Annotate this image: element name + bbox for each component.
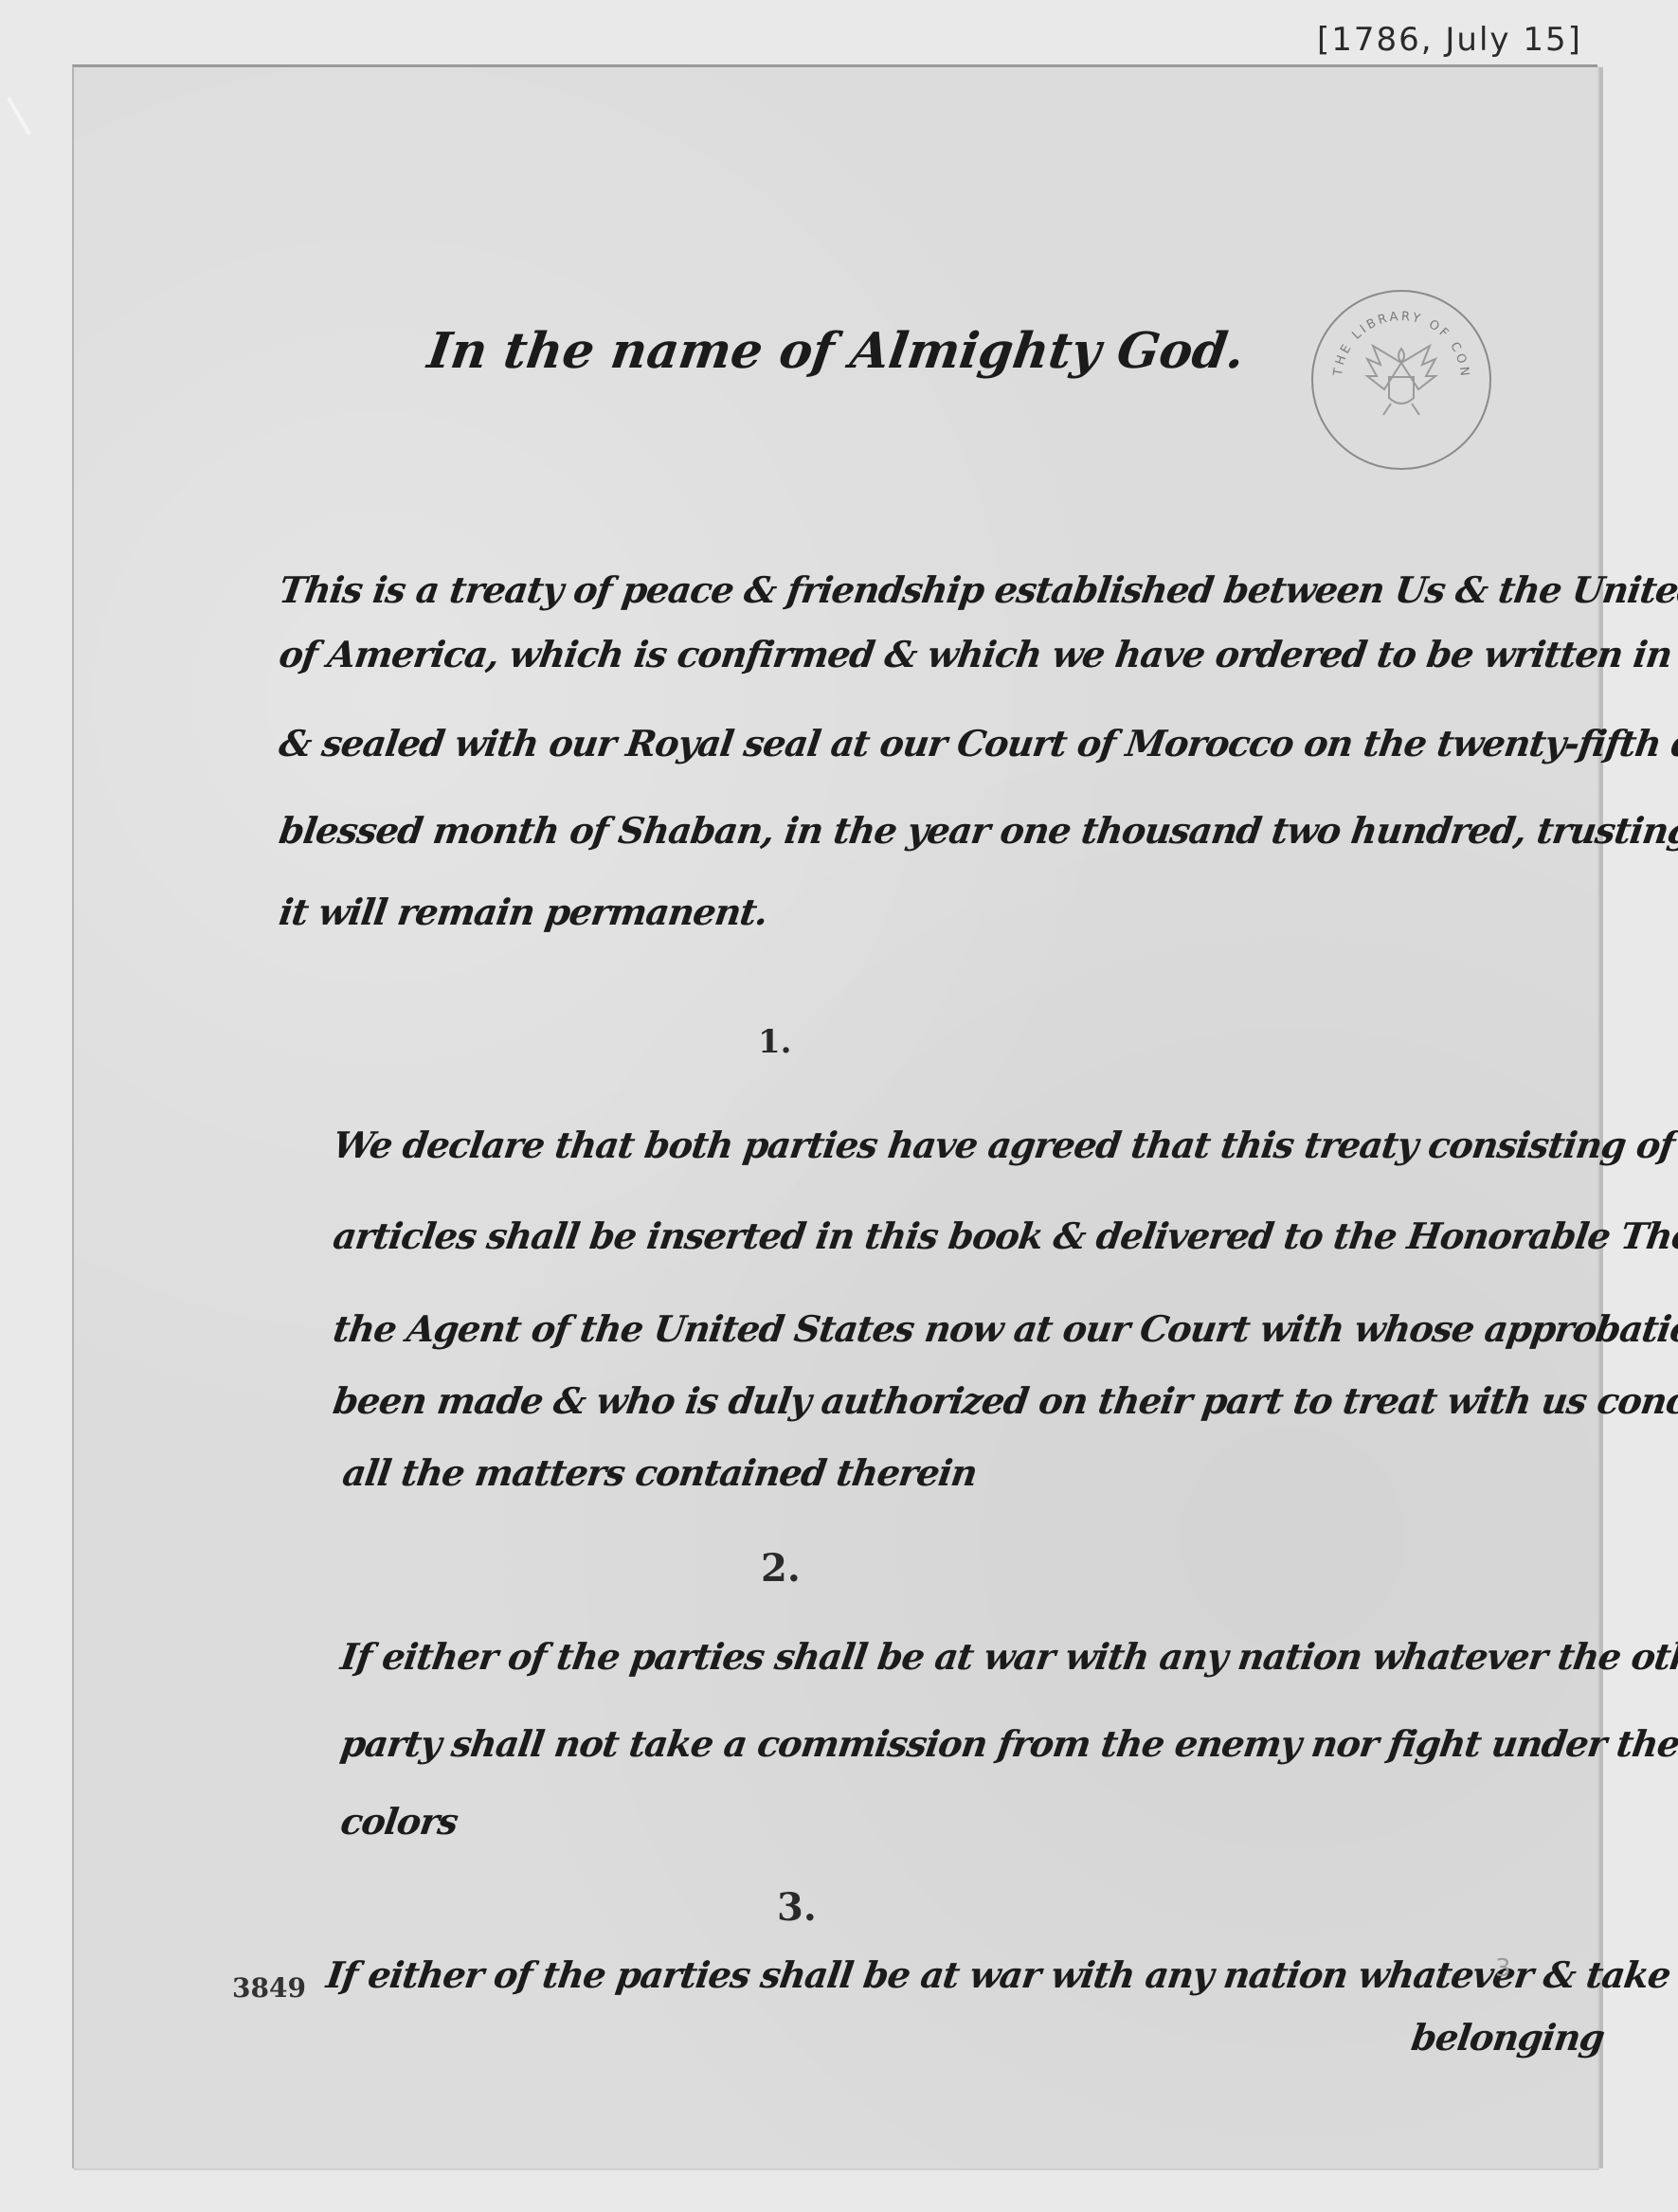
archive-annotation: [1786, July 15] <box>1317 21 1582 59</box>
article-line: articles shall be inserted in this book … <box>331 1214 1678 1257</box>
preamble-line: This is a treaty of peace & friendship e… <box>277 568 1678 611</box>
article-line: colors <box>338 1800 460 1843</box>
preamble-line: blessed month of Shaban, in the year one… <box>277 809 1678 852</box>
preamble-line: & sealed with our Royal seal at our Cour… <box>277 722 1678 764</box>
article-line: all the matters contained therein <box>340 1451 980 1494</box>
article-line: been made & who is duly authorized on th… <box>331 1379 1678 1422</box>
page-edge <box>1599 67 1603 2168</box>
article-line: We declare that both parties have agreed… <box>331 1124 1678 1166</box>
stamp-number: 3849 <box>232 1972 306 2004</box>
article-line: party shall not take a commission from t… <box>338 1722 1678 1765</box>
article-line: If either of the parties shall be at war… <box>338 1635 1678 1678</box>
article-line: If either of the parties shall be at war… <box>324 1953 1678 1996</box>
eagle-seal-icon: THE LIBRARY OF CONGRESS <box>1313 292 1489 468</box>
catchword: belonging <box>1409 2016 1607 2059</box>
preamble-line: it will remain permanent. <box>277 890 770 933</box>
article-number: 1. <box>758 1023 792 1061</box>
library-of-congress-seal: THE LIBRARY OF CONGRESS <box>1311 290 1491 470</box>
scratch-mark <box>7 97 31 135</box>
preamble-line: of America, which is confirmed & which w… <box>277 633 1678 675</box>
pencil-page-mark: 3 <box>1495 1954 1511 1983</box>
document-title: In the name of Almighty God. <box>424 322 1249 380</box>
article-line: the Agent of the United States now at ou… <box>331 1307 1678 1350</box>
article-number: 2. <box>761 1546 801 1591</box>
svg-text:THE LIBRARY OF CONGRESS: THE LIBRARY OF CONGRESS <box>1313 292 1471 380</box>
article-number: 3. <box>777 1885 817 1930</box>
